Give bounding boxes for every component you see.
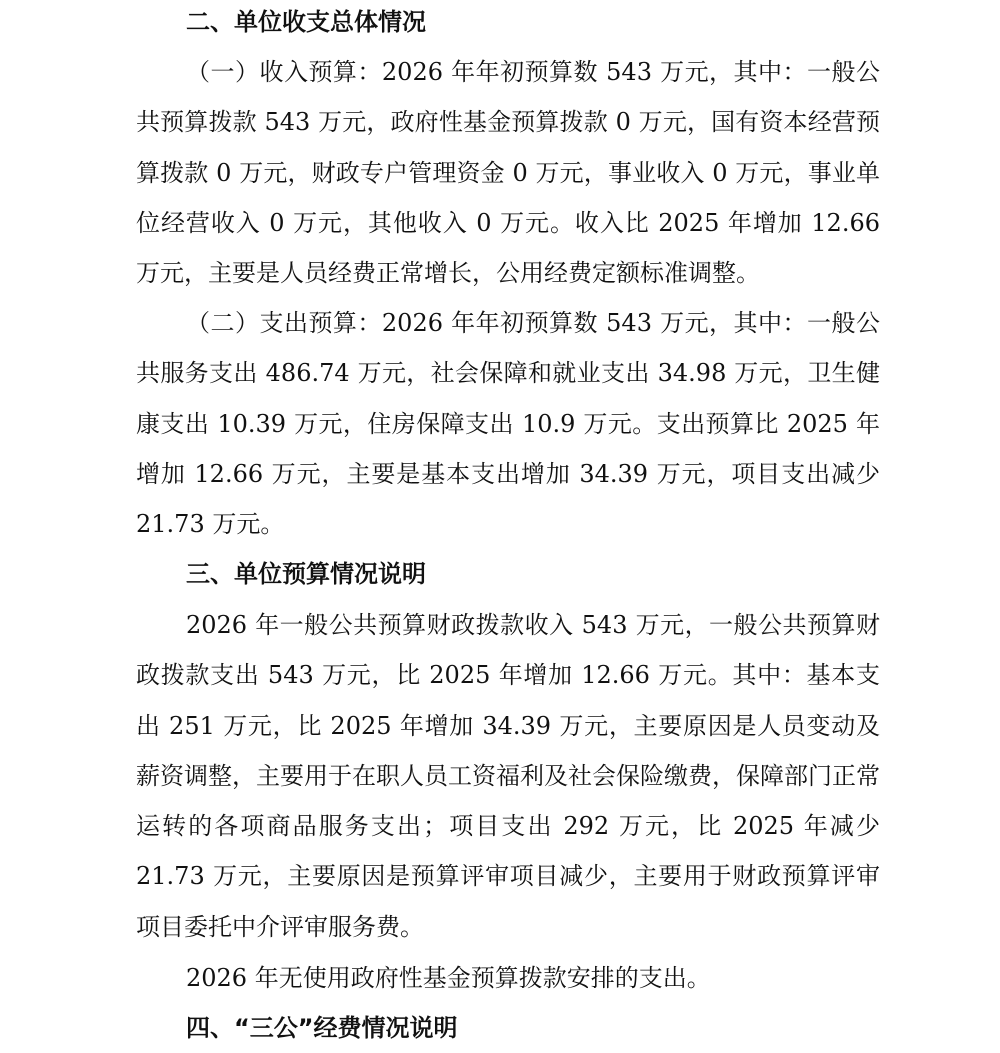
section-heading-budget-explanation: 三、单位预算情况说明	[136, 549, 426, 599]
paragraph-revenue-budget: （一）收入预算：2026 年年初预算数 543 万元，其中：一般公共预算拨款 5…	[136, 47, 880, 298]
paragraph-government-fund: 2026 年无使用政府性基金预算拨款安排的支出。	[136, 953, 880, 1003]
paragraph-general-public-budget: 2026 年一般公共预算财政拨款收入 543 万元，一般公共预算财政拨款支出 5…	[136, 600, 880, 952]
section-heading-overall-revenue-expenditure: 二、单位收支总体情况	[136, 0, 426, 47]
section-heading-three-public-expenses: 四、“三公”经费情况说明	[136, 1003, 458, 1053]
paragraph-expenditure-budget: （二）支出预算：2026 年年初预算数 543 万元，其中：一般公共服务支出 4…	[136, 298, 880, 549]
